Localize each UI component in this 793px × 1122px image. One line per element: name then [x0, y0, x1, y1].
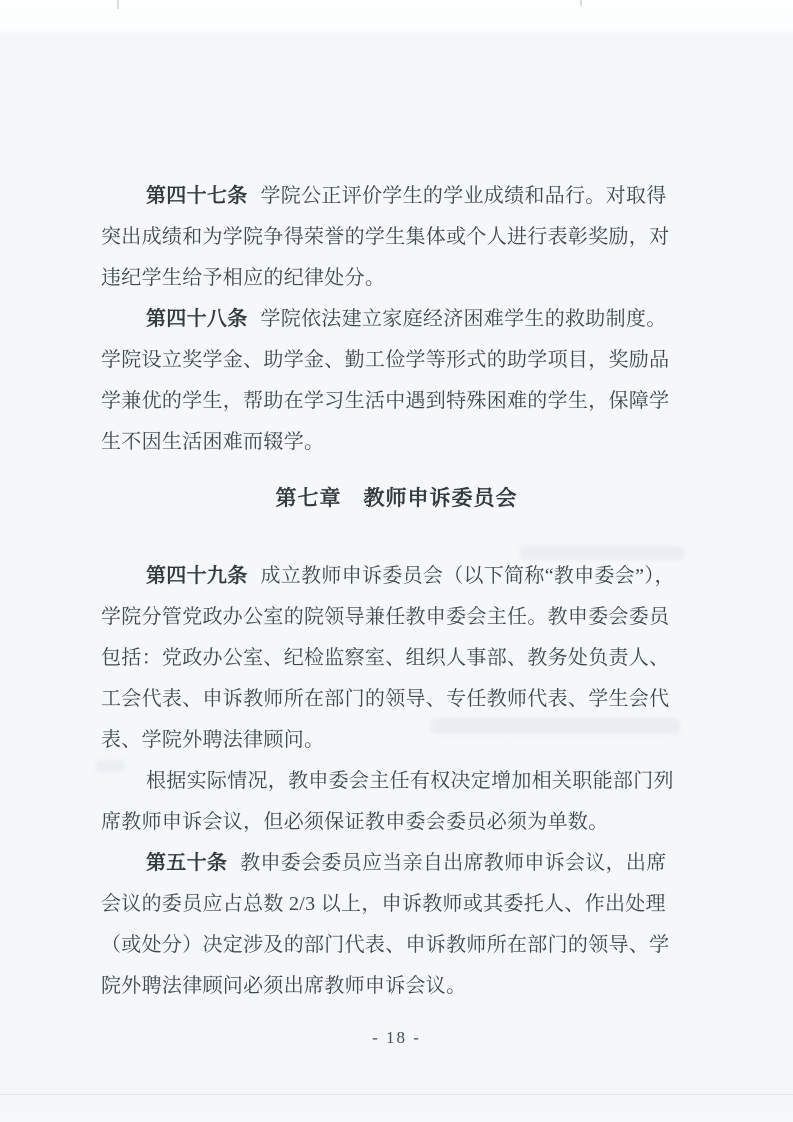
article-49-paragraph: 第四十九条成立教师申诉委员会（以下简称“教申委会”）， 学院分管党政办公室的院领… — [101, 556, 671, 761]
scan-artifact — [117, 0, 119, 9]
document-line: 席教师申诉会议，但必须保证教申委会委员必须为单数。 — [101, 802, 671, 843]
articles-47-48-block: 第四十七条学院公正评价学生的学业成绩和品行。对取得 突出成绩和为学院争得荣誉的学… — [101, 176, 671, 463]
document-line: 生不因生活困难而辍学。 — [101, 422, 671, 463]
article-49-supplement-paragraph: 根据实际情况，教申委会主任有权决定增加相关职能部门列 席教师申诉会议，但必须保证… — [101, 761, 671, 843]
article-48-text: 学院依法建立家庭经济困难学生的救助制度。 — [261, 308, 667, 330]
document-line: 学兼优的学生，帮助在学习生活中遇到特殊困难的学生，保障学 — [101, 381, 671, 422]
chapter-heading: 第七章 教师申诉委员会 — [0, 484, 793, 514]
document-line: （或处分）决定涉及的部门代表、申诉教师所在部门的领导、学 — [101, 925, 671, 966]
document-line: 表、学院外聘法律顾问。 — [101, 720, 671, 761]
document-line: 院外聘法律顾问必须出席教师申诉会议。 — [101, 966, 671, 1007]
document-line: 包括：党政办公室、纪检监察室、组织人事部、教务处负责人、 — [101, 638, 671, 679]
document-line: 学院设立奖学金、助学金、勤工俭学等形式的助学项目，奖励品 — [101, 340, 671, 381]
article-49-number: 第四十九条 — [146, 565, 248, 587]
document-line: 突出成绩和为学院争得荣誉的学生集体或个人进行表彰奖励，对 — [101, 217, 671, 258]
document-line: 第四十八条学院依法建立家庭经济困难学生的救助制度。 — [101, 299, 671, 340]
articles-49-50-block: 第四十九条成立教师申诉委员会（以下简称“教申委会”）， 学院分管党政办公室的院领… — [101, 556, 671, 1007]
article-49-text: 成立教师申诉委员会（以下简称“教申委会”）， — [261, 565, 675, 587]
document-line: 学院分管党政办公室的院领导兼任教申委会主任。教申委会委员 — [101, 597, 671, 638]
document-line: 第四十七条学院公正评价学生的学业成绩和品行。对取得 — [101, 176, 671, 217]
document-line: 第五十条教申委会委员应当亲自出席教师申诉会议，出席 — [101, 843, 671, 884]
article-50-text: 教申委会委员应当亲自出席教师申诉会议，出席 — [240, 852, 666, 874]
article-48-paragraph: 第四十八条学院依法建立家庭经济困难学生的救助制度。 学院设立奖学金、助学金、勤工… — [101, 299, 671, 463]
page-bottom-edge — [0, 1094, 793, 1095]
page-number: - 18 - — [0, 1026, 793, 1050]
scanned-document-page: 第四十七条学院公正评价学生的学业成绩和品行。对取得 突出成绩和为学院争得荣誉的学… — [0, 0, 793, 1122]
document-line: 第四十九条成立教师申诉委员会（以下简称“教申委会”）， — [101, 556, 671, 597]
article-47-text: 学院公正评价学生的学业成绩和品行。对取得 — [261, 185, 667, 207]
article-50-number: 第五十条 — [146, 852, 227, 874]
document-line: 违纪学生给予相应的纪律处分。 — [101, 258, 671, 299]
document-line: 工会代表、申诉教师所在部门的领导、专任教师代表、学生会代 — [101, 679, 671, 720]
article-47-number: 第四十七条 — [146, 185, 248, 207]
scan-artifact — [580, 0, 582, 6]
document-line: 会议的委员应占总数 2/3 以上，申诉教师或其委托人、作出处理 — [101, 884, 671, 925]
article-47-paragraph: 第四十七条学院公正评价学生的学业成绩和品行。对取得 突出成绩和为学院争得荣誉的学… — [101, 176, 671, 299]
document-line: 根据实际情况，教申委会主任有权决定增加相关职能部门列 — [101, 761, 671, 802]
article-50-paragraph: 第五十条教申委会委员应当亲自出席教师申诉会议，出席 会议的委员应占总数 2/3 … — [101, 843, 671, 1007]
article-48-number: 第四十八条 — [146, 308, 248, 330]
